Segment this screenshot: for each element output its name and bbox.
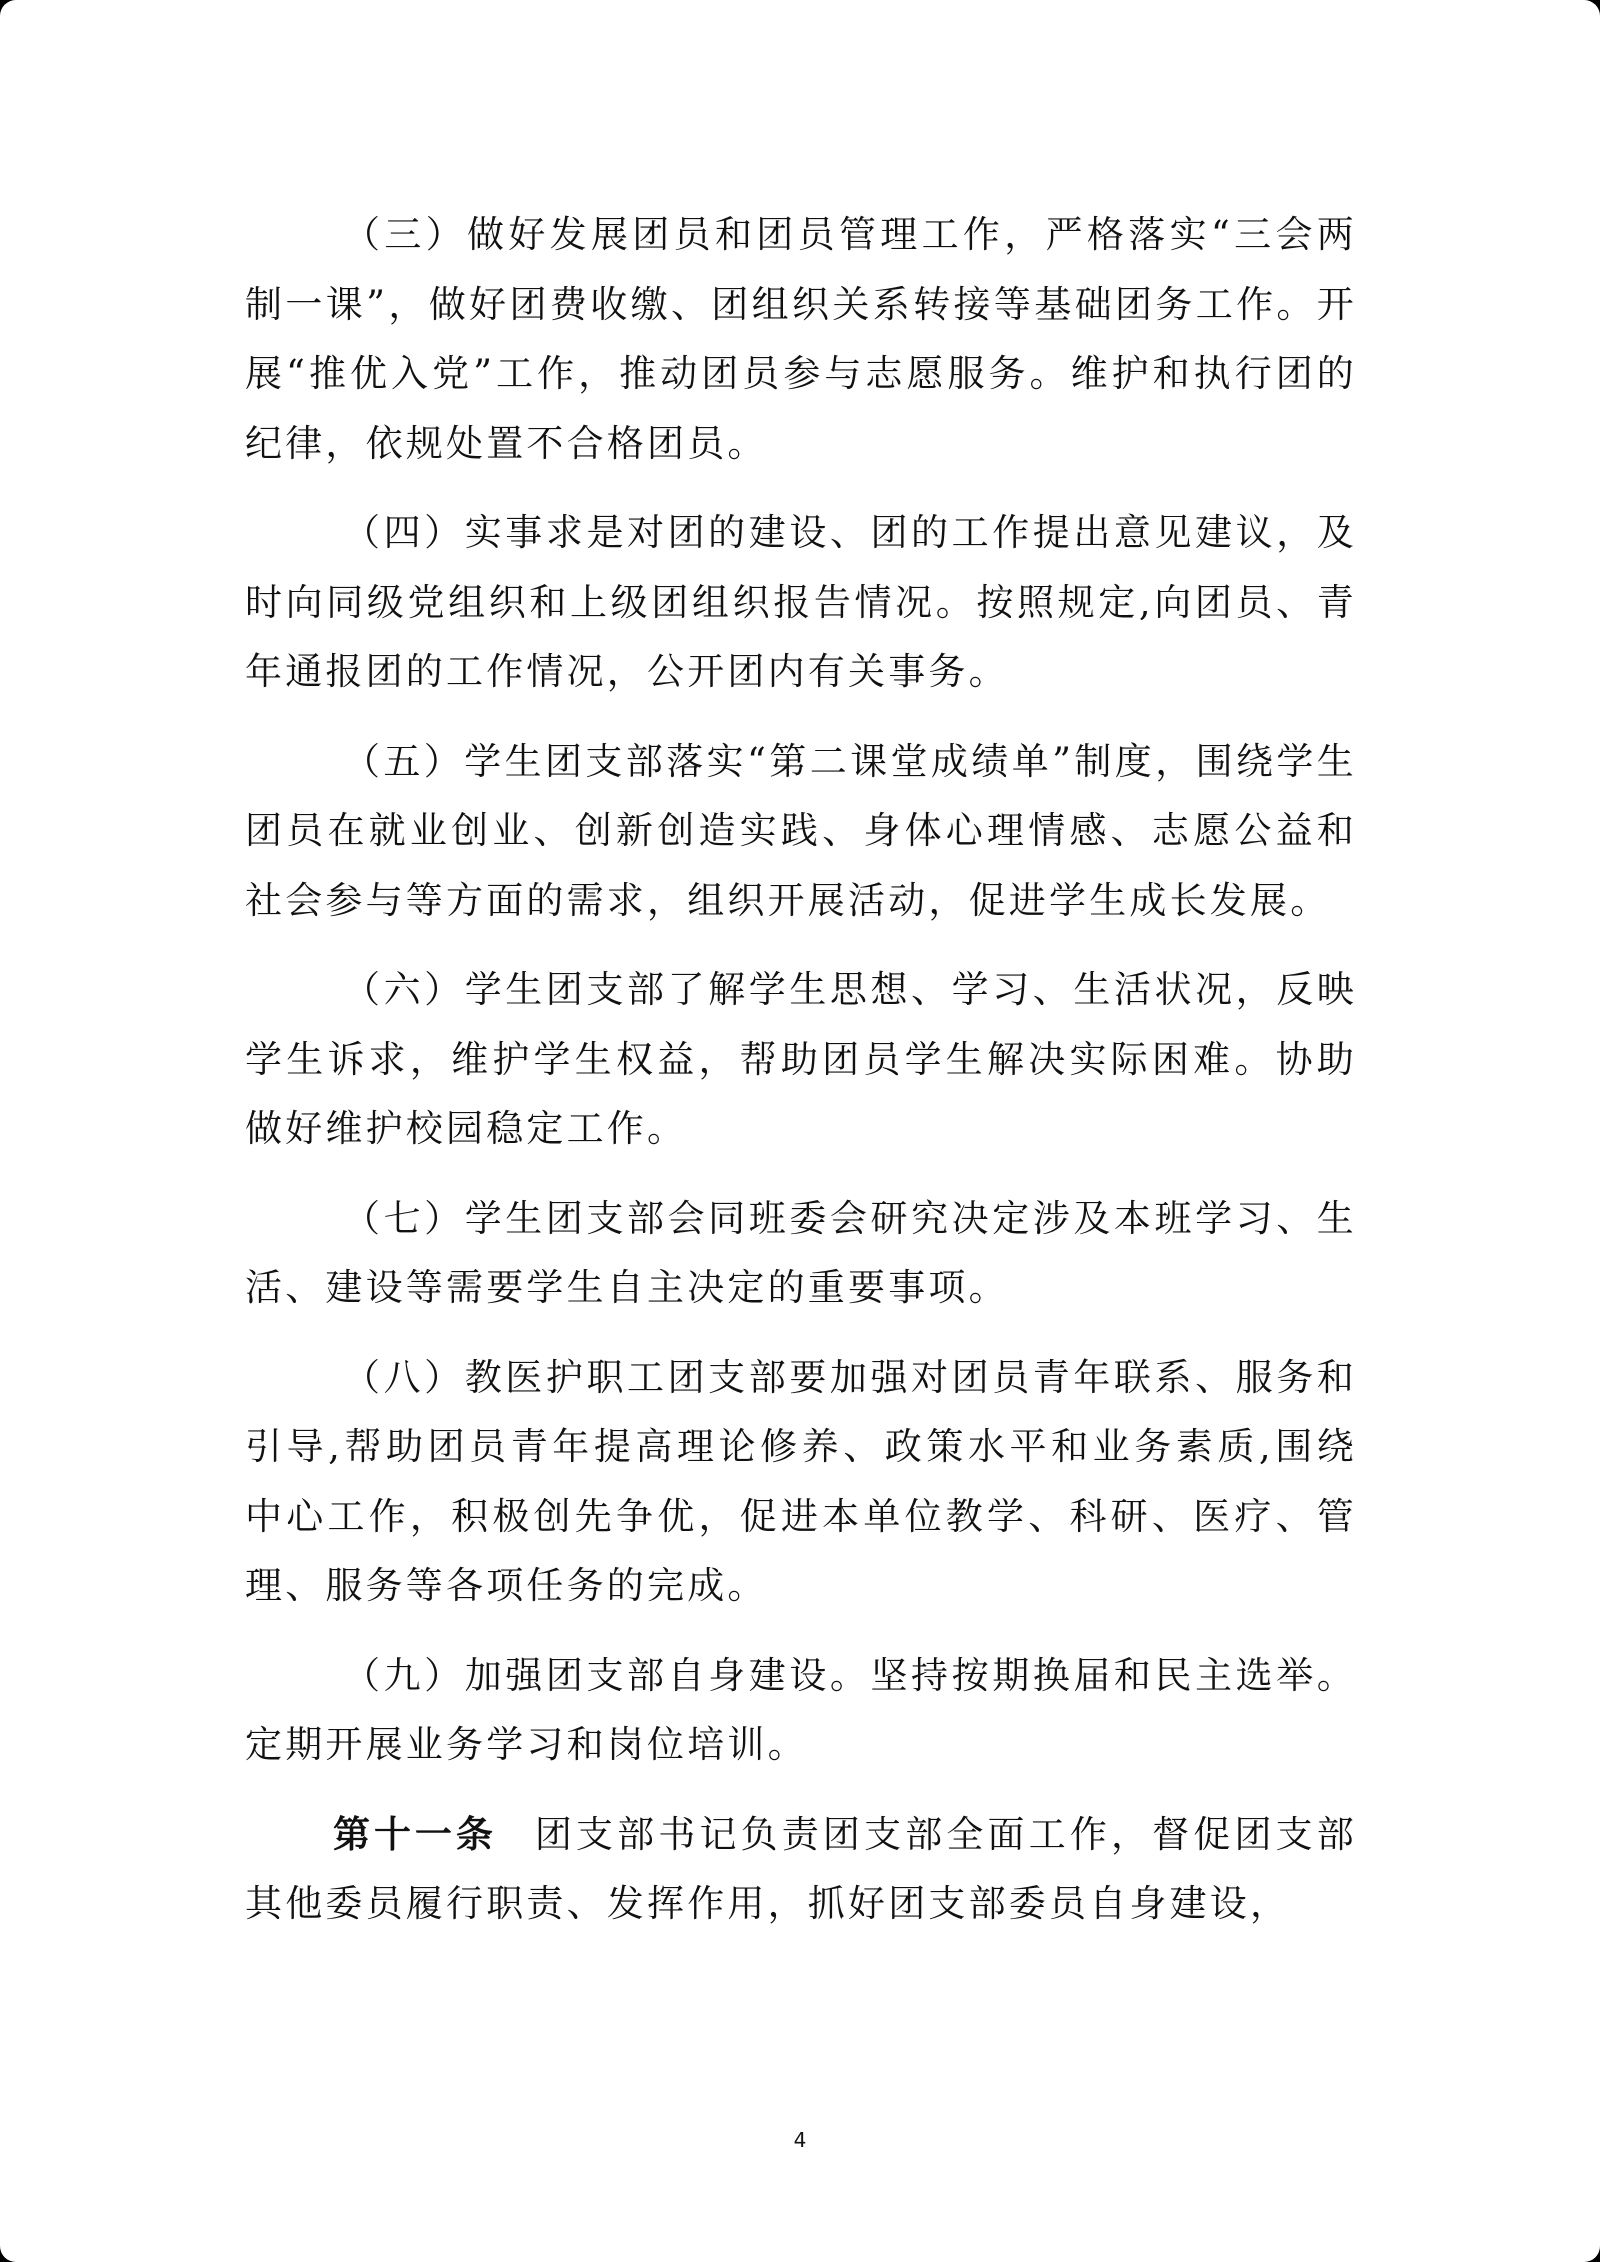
paragraph-item-5: （五）学生团支部落实“第二课堂成绩单”制度，围绕学生团员在就业创业、创新创造实践… [245, 727, 1357, 936]
page-number: 4 [0, 2128, 1600, 2152]
paragraph-item-7: （七）学生团支部会同班委会研究决定涉及本班学习、生活、建设等需要学生自主决定的重… [245, 1184, 1357, 1323]
paragraph-item-6: （六）学生团支部了解学生思想、学习、生活状况，反映学生诉求，维护学生权益，帮助团… [245, 955, 1357, 1164]
article-label: 第十一条 [333, 1812, 497, 1856]
document-page: （三）做好发展团员和团员管理工作，严格落实“三会两制一课”，做好团费收缴、团组织… [0, 0, 1600, 2262]
paragraph-item-3: （三）做好发展团员和团员管理工作，严格落实“三会两制一课”，做好团费收缴、团组织… [245, 200, 1357, 478]
paragraph-item-9: （九）加强团支部自身建设。坚持按期换届和民主选举。定期开展业务学习和岗位培训。 [245, 1641, 1357, 1780]
document-body: （三）做好发展团员和团员管理工作，严格落实“三会两制一课”，做好团费收缴、团组织… [245, 200, 1357, 1959]
paragraph-item-8: （八）教医护职工团支部要加强对团员青年联系、服务和引导,帮助团员青年提高理论修养… [245, 1343, 1357, 1621]
article-11-paragraph: 第十一条团支部书记负责团支部全面工作，督促团支部其他委员履行职责、发挥作用，抓好… [245, 1800, 1357, 1939]
paragraph-item-4: （四）实事求是对团的建设、团的工作提出意见建议，及时向同级党组织和上级团组织报告… [245, 498, 1357, 707]
